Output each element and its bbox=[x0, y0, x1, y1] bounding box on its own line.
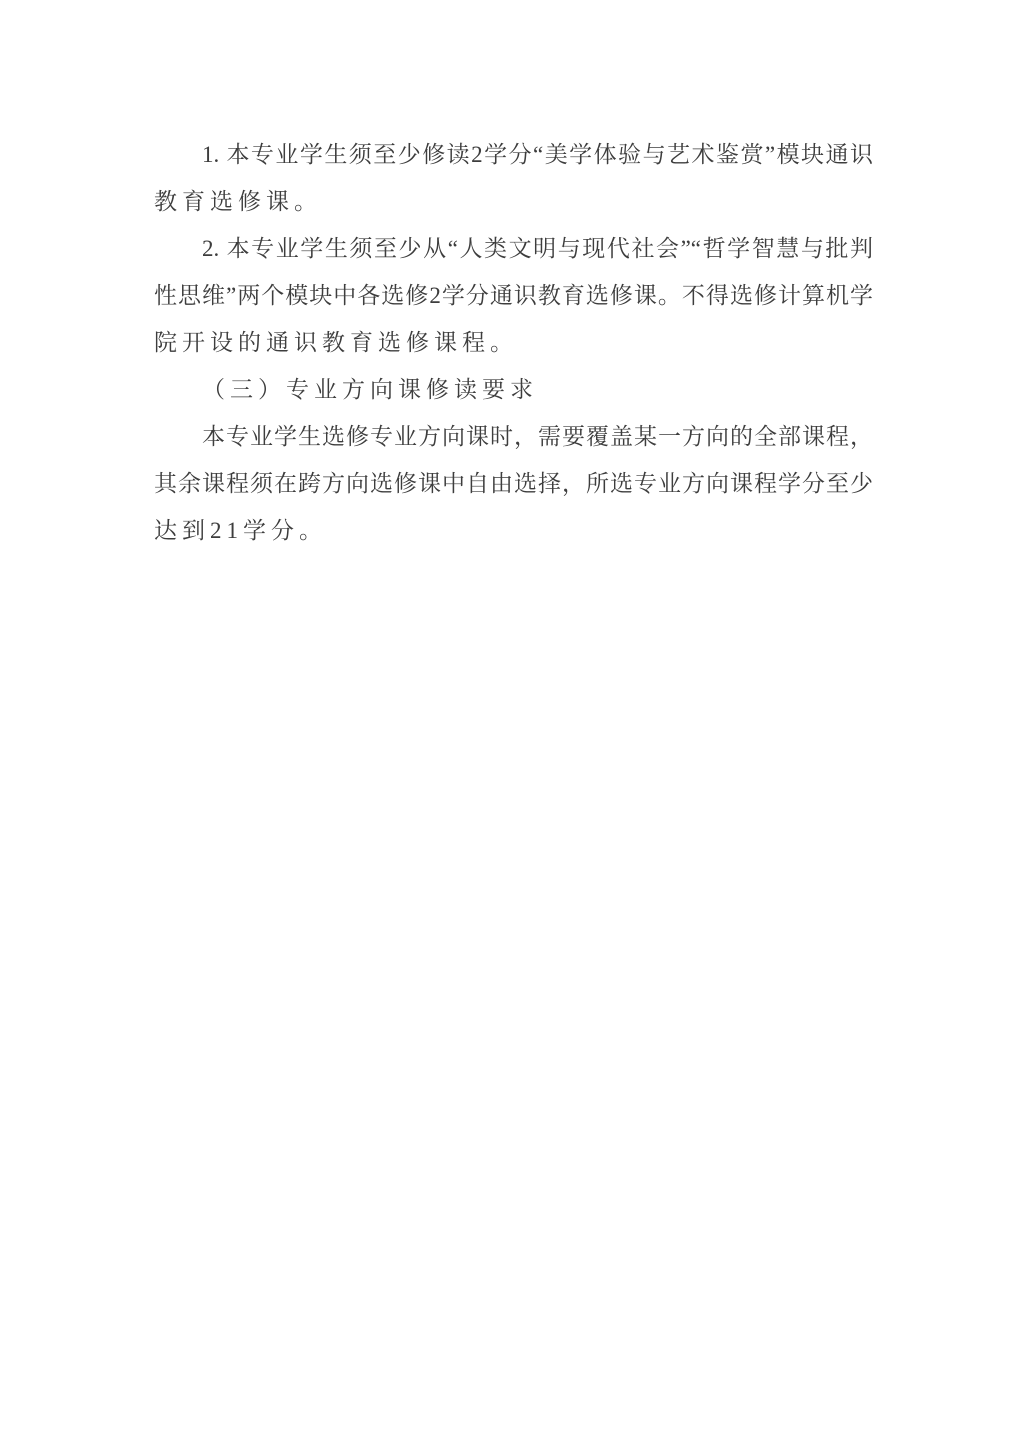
text-line: 性思维”两个模块中各选修2学分通识教育选修课。不得选修计算机学 bbox=[154, 272, 873, 319]
section-heading: （三）专业方向课修读要求 bbox=[154, 366, 873, 413]
section-heading-major-direction: （三）专业方向课修读要求 bbox=[154, 366, 873, 413]
text-line: 达到21学分。 bbox=[154, 507, 873, 554]
text-line: 2. 本专业学生须至少从“人类文明与现代社会”“哲学智慧与批判 bbox=[154, 225, 873, 272]
text-line: 1. 本专业学生须至少修读2学分“美学体验与艺术鉴赏”模块通识 bbox=[154, 131, 873, 178]
text-block: 1. 本专业学生须至少修读2学分“美学体验与艺术鉴赏”模块通识 教育选修课。 2… bbox=[154, 131, 873, 554]
text-line: 教育选修课。 bbox=[154, 178, 873, 225]
text-line: 其余课程须在跨方向选修课中自由选择，所选专业方向课程学分至少 bbox=[154, 460, 873, 507]
text-line: 本专业学生选修专业方向课时，需要覆盖某一方向的全部课程， bbox=[154, 413, 873, 460]
document-page: 1. 本专业学生须至少修读2学分“美学体验与艺术鉴赏”模块通识 教育选修课。 2… bbox=[0, 0, 1024, 1448]
paragraph-general-ed-modules: 2. 本专业学生须至少从“人类文明与现代社会”“哲学智慧与批判 性思维”两个模块… bbox=[154, 225, 873, 366]
paragraph-major-direction-rules: 本专业学生选修专业方向课时，需要覆盖某一方向的全部课程， 其余课程须在跨方向选修… bbox=[154, 413, 873, 554]
text-line: 院开设的通识教育选修课程。 bbox=[154, 319, 873, 366]
paragraph-general-ed-aesthetics: 1. 本专业学生须至少修读2学分“美学体验与艺术鉴赏”模块通识 教育选修课。 bbox=[154, 131, 873, 225]
